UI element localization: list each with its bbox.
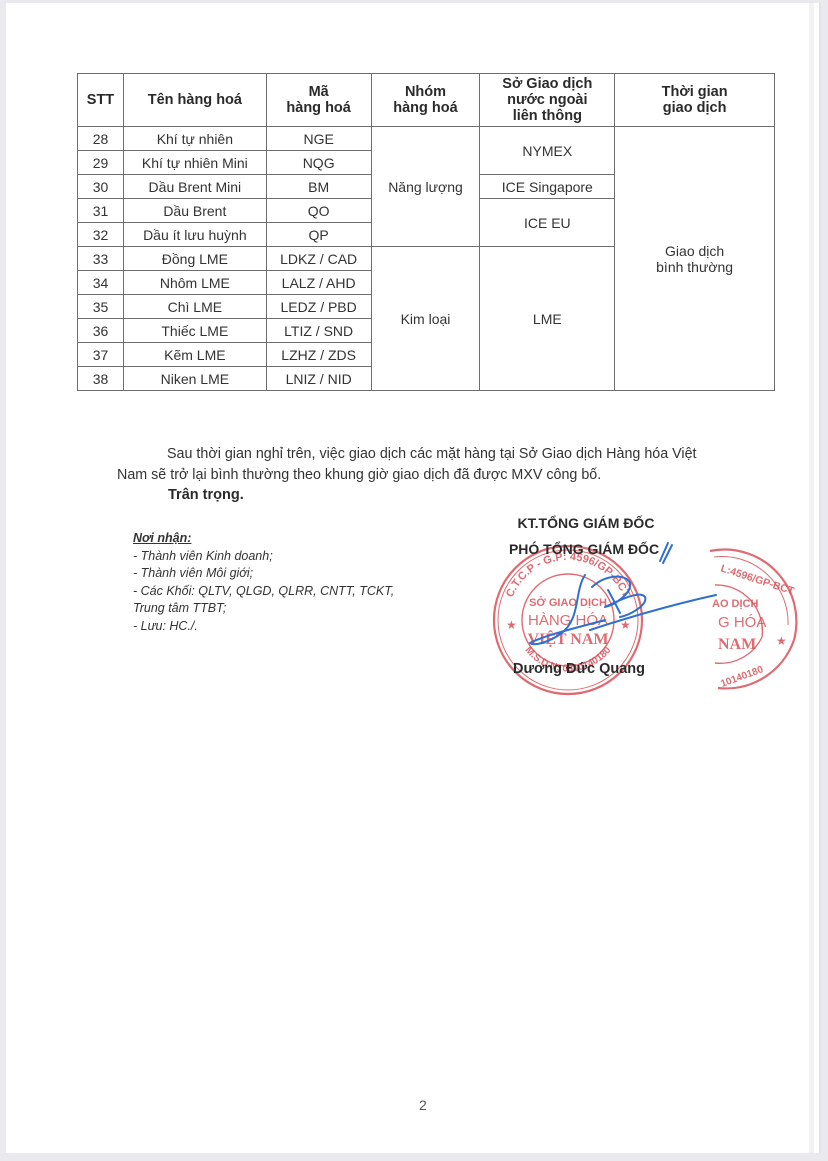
recipient-item: - Thành viên Môi giới; — [133, 565, 453, 583]
cell-group-metals: Kim loại — [371, 247, 480, 391]
cell-stt: 36 — [78, 319, 124, 343]
cell-name: Thiếc LME — [123, 319, 266, 343]
cell-code: BM — [266, 175, 371, 199]
cell-stt: 30 — [78, 175, 124, 199]
signature-title-1: KT.TỔNG GIÁM ĐỐC — [492, 515, 680, 531]
header-group: Nhómhàng hoá — [371, 74, 480, 127]
cell-name: Chì LME — [123, 295, 266, 319]
table-row: 28 Khí tự nhiên NGE Năng lượng NYMEX Gia… — [78, 127, 775, 151]
cell-name: Đồng LME — [123, 247, 266, 271]
recipients-list: Nơi nhận: - Thành viên Kinh doanh; - Thà… — [133, 530, 453, 635]
cell-group-energy: Năng lượng — [371, 127, 480, 247]
recipient-item: - Các Khối: QLTV, QLGD, QLRR, CNTT, TCKT… — [133, 583, 453, 601]
recipient-item: - Thành viên Kinh doanh; — [133, 548, 453, 566]
cell-name: Nhôm LME — [123, 271, 266, 295]
table-header-row: STT Tên hàng hoá Mãhàng hoá Nhómhàng hoá… — [78, 74, 775, 127]
commodity-table: STT Tên hàng hoá Mãhàng hoá Nhómhàng hoá… — [77, 73, 775, 391]
recipients-title: Nơi nhận: — [133, 530, 453, 548]
cell-stt: 28 — [78, 127, 124, 151]
signer-name: Dương Đức Quang — [513, 661, 645, 677]
cell-code: LALZ / AHD — [266, 271, 371, 295]
closing-paragraph: Sau thời gian nghỉ trên, việc giao dịch … — [117, 444, 777, 486]
cell-code: LDKZ / CAD — [266, 247, 371, 271]
paragraph-line-2: Nam sẽ trở lại bình thường theo khung gi… — [117, 465, 777, 486]
signature-block: KT.TỔNG GIÁM ĐỐC PHÓ TỔNG GIÁM ĐỐC — [500, 515, 680, 557]
cell-name: Khí tự nhiên — [123, 127, 266, 151]
cell-code: NGE — [266, 127, 371, 151]
header-name: Tên hàng hoá — [123, 74, 266, 127]
cell-name: Dầu Brent Mini — [123, 175, 266, 199]
header-code: Mãhàng hoá — [266, 74, 371, 127]
signature-title-2: PHÓ TỔNG GIÁM ĐỐC — [488, 541, 680, 557]
cell-code: LNIZ / NID — [266, 367, 371, 391]
paragraph-line-1: Sau thời gian nghỉ trên, việc giao dịch … — [117, 444, 777, 465]
page-number: 2 — [419, 1097, 427, 1113]
cell-trading-time: Giao dịchbình thường — [615, 127, 775, 391]
cell-stt: 32 — [78, 223, 124, 247]
header-trading-time: Thời giangiao dịch — [615, 74, 775, 127]
cell-stt: 34 — [78, 271, 124, 295]
cell-name: Dầu Brent — [123, 199, 266, 223]
cell-exchange-ice-singapore: ICE Singapore — [480, 175, 615, 199]
recipient-item: - Lưu: HC./. — [133, 618, 453, 636]
cell-stt: 29 — [78, 151, 124, 175]
cell-code: LEDZ / PBD — [266, 295, 371, 319]
cell-code: QO — [266, 199, 371, 223]
page-edge — [809, 3, 814, 1153]
cell-code: QP — [266, 223, 371, 247]
cell-stt: 35 — [78, 295, 124, 319]
cell-code: NQG — [266, 151, 371, 175]
cell-name: Dầu ít lưu huỳnh — [123, 223, 266, 247]
header-exchange: Sở Giao dịchnước ngoàiliên thông — [480, 74, 615, 127]
cell-exchange-nymex: NYMEX — [480, 127, 615, 175]
cell-name: Niken LME — [123, 367, 266, 391]
cell-name: Kẽm LME — [123, 343, 266, 367]
recipient-item: Trung tâm TTBT; — [133, 600, 453, 618]
cell-code: LTIZ / SND — [266, 319, 371, 343]
cell-name: Khí tự nhiên Mini — [123, 151, 266, 175]
cell-exchange-ice-eu: ICE EU — [480, 199, 615, 247]
cell-code: LZHZ / ZDS — [266, 343, 371, 367]
cell-stt: 38 — [78, 367, 124, 391]
cell-exchange-lme: LME — [480, 247, 615, 391]
cell-stt: 31 — [78, 199, 124, 223]
regards-text: Trân trọng. — [168, 487, 244, 503]
header-stt: STT — [78, 74, 124, 127]
cell-stt: 33 — [78, 247, 124, 271]
cell-stt: 37 — [78, 343, 124, 367]
